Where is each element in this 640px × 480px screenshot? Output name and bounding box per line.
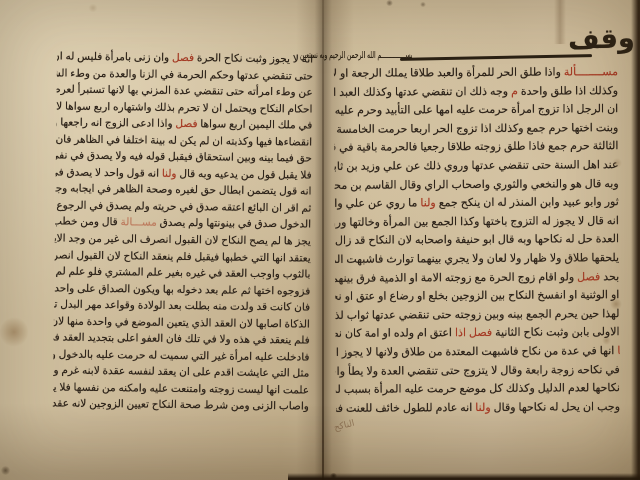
text-line: وجب ان يحل له نكاحها وقال ولنا انه عادم … [336, 398, 620, 418]
ink-text: وان زنى بامرأة فليس له ان يتزوج اختها حت… [57, 49, 172, 64]
text-line: الثالثة حرم جمع فاذا طلق زوجته طلاقا رجع… [334, 138, 618, 158]
ink-text: ما روي عن علي وابن عباس رضي الله عنهما ا… [335, 197, 421, 211]
rubric-word: مســـالة [120, 217, 156, 229]
text-line: ولنا انها في عدة من نكاح فاشبهت المعتدة … [336, 342, 620, 362]
ink-text: واذا ادعى الزوج انه راجعها وانقضت عدتها … [56, 115, 175, 130]
ink-text: مثل التي عايشت اقدم على ان يعقد لنفسه عق… [53, 363, 309, 380]
text-line: عند اهل السنة حتى تنقضي عدتها وروي ذلك ع… [334, 156, 618, 176]
text-line: مســــــــألة واذا طلق الحر للمرأة والعب… [334, 63, 618, 83]
text-line: يلحقها طلاق ولا ظهار ولا لعان ولا يجري ب… [335, 249, 619, 269]
ink-text: اعتق ام ولده او امة كان نصيبها فنكح له ا… [336, 326, 455, 341]
ink-text: بالثوب واوجب العقد في غيره بغير علم المش… [54, 264, 310, 281]
ink-text: فادخلت عليه امرأة غير التي سميت له حرمت … [53, 346, 309, 363]
ink-text: عن وطء امرأته حتى تنقضي عدة المزني بها ل… [57, 82, 313, 99]
rubric-word: فصل [172, 52, 194, 64]
ink-text: ثور وابو عبيد وابن المنذر له ان ينكح جمع [436, 195, 619, 209]
ink-text: العدة حل له نكاحها وبه قال ابو حنيفة واص… [335, 232, 619, 248]
rubric-word: مســــــــألة [564, 65, 618, 78]
text-line: في نكاحه زوجة رابعة وقال لا يتزوج حتى تن… [336, 361, 620, 381]
ink-text: فزوجوه اختها ثم علم بعد دخوله بها ويكون … [54, 280, 310, 297]
text-line: ان الرجل اذا تزوج امرأة حرمت عليه امها ع… [334, 100, 618, 120]
rubric-word: ولنا [420, 196, 435, 209]
ink-text: ولو اقام زوج الحرة مع زوجته الامة او الذ… [335, 270, 577, 285]
ink-text: يعتقد انها التي خطبها فيقبل فلم ينعقد ال… [55, 248, 311, 265]
ink-text: وبنت اختها حرم جمع وكذلك اذا تزوج الحر ا… [334, 121, 618, 137]
waqf-ownership-mark: وقف [567, 23, 635, 56]
ink-text: عند اهل السنة حتى تنقضي عدتها وروي ذلك ع… [334, 158, 618, 174]
ink-text: واصاب الزنى ومن شرط صحة النكاح تعيين الز… [53, 397, 309, 413]
ink-text: فلم ينعقد في هذه ولا في تلك فان العفو اع… [54, 330, 310, 347]
rubric-word: فصل [175, 118, 197, 130]
rubric-word: ولنا [475, 401, 490, 414]
stain [1, 466, 10, 475]
ink-text: انه عادم للطول خائف للعنت فحل له نكاح ال… [336, 401, 475, 416]
ink-text: يجز ها لم يصح النكاح لان القبول انصرف ال… [55, 232, 311, 248]
ink-speck [420, 2, 426, 7]
text-line: وبنت اختها حرم جمع وكذلك اذا تزوج الحر ا… [334, 119, 618, 139]
rubric-word: ولنا [614, 344, 619, 357]
page-crease [554, 0, 566, 44]
ink-text: انه قول واحد لا يصدق في بعضه ويكذب في بع… [56, 165, 162, 180]
ink-text: انه قول يتضمن ابطال حق لغيره وصحة الظاهر… [55, 181, 311, 198]
right-page-text-block: مســــــــألة واذا طلق الحر للمرأة والعب… [334, 63, 620, 418]
left-page-text-block: انه لا يجوز وثبت نكاح الحرة فصل وان زنى … [53, 48, 313, 415]
rubric-word: فصل [469, 326, 492, 339]
text-line: العدة حل له نكاحها وبه قال ابو حنيفة واص… [335, 230, 619, 250]
manuscript-photo: انه لا يجوز وثبت نكاح الحرة فصل وان زنى … [0, 0, 640, 480]
ink-text: حتى تنقضي عدتها وحكم الحرمة في الزنا وال… [57, 65, 313, 82]
ink-text: وجب ان يحل له نكاحها وقال [491, 400, 620, 414]
ink-text: يلحقها طلاق ولا ظهار ولا لعان ولا يجري ب… [335, 251, 619, 267]
ink-text: قال ومن خطب امرأة فزوج غيرها لم [55, 215, 121, 229]
ink-text: انقضاءها فيها وكذبته ان لم يكن له بينة ا… [56, 131, 312, 148]
ink-text: الاولى بابن وثبت نكاح الثانية [492, 325, 620, 339]
basmala-text: بســــــــــــــم الله الرحمن الرحيم وبه… [299, 50, 412, 61]
ink-text: الثالثة حرم جمع فاذا طلق زوجته طلاقا رجع… [334, 140, 618, 156]
ink-text: علمت انها ليست زوجته وامتنعت عليه وامكنه… [53, 379, 309, 396]
ink-speck [386, 0, 393, 6]
ink-text: ثم اقر ان البائع اعتقه صدق في حريته ولم … [55, 198, 311, 215]
ink-text: انه قال لا يجوز له التزوج باختها وكذا ال… [335, 214, 619, 230]
ink-text: او الوثنية او انفسخ النكاح بين الزوجين ب… [335, 288, 619, 304]
text-line: لهذا حين يحرم الجمع بينه وبين زوجته حتى … [335, 305, 619, 325]
ink-text: انها في عدة من نكاح فاشبهت المعتدة من طل… [336, 344, 615, 359]
ink-text: لهذا حين يحرم الجمع بينه وبين زوجته حتى … [335, 307, 619, 323]
ink-text: بحد [600, 270, 619, 283]
text-line: وبه قال هو والنخعي والثوري واصحاب الراي … [335, 175, 619, 195]
ink-text: حق فيما بينه وبين استحقاق فيقبل قوله فيه… [56, 148, 312, 165]
book-edge-right [631, 0, 640, 480]
rubric-word: اذا [455, 326, 466, 339]
rubric-word: فصل [577, 270, 600, 283]
text-line: او الوثنية او انفسخ النكاح بين الزوجين ب… [335, 286, 619, 306]
ink-text: وكذلك اذا طلق واحدة [518, 84, 618, 98]
ink-text: الدخول صدق في بينونتها ولم يصدق [157, 217, 311, 231]
basmala-elongated-stroke [400, 54, 592, 60]
ink-text: وجه ذلك ان تنقضي عدتها وكذلك العبد اذا ط… [334, 84, 511, 99]
text-line: ثور وابو عبيد وابن المنذر له ان ينكح جمع… [335, 193, 619, 213]
text-line: نكاحها لعدم الدليل وكذلك كل موضع حرمت عل… [336, 379, 620, 399]
text-line: وكذلك اذا طلق واحدة م وجه ذلك ان تنقضي ع… [334, 82, 618, 102]
book-edge-bottom [288, 473, 640, 480]
gutter-fold-line [322, 0, 324, 480]
ink-text: في نكاحه زوجة رابعة وقال لا يتزوج حتى تن… [336, 363, 620, 379]
ink-text: نكاحها لعدم الدليل وكذلك كل موضع حرمت عل… [336, 381, 620, 396]
stain [0, 316, 28, 348]
rubric-word: ولنا [162, 168, 177, 180]
ink-text: ان الرجل اذا تزوج امرأة حرمت عليه امها ع… [334, 102, 618, 118]
text-line: الاولى بابن وثبت نكاح الثانية فصل اذا اع… [336, 323, 620, 343]
text-line: واصاب الزنى ومن شرط صحة النكاح تعيين الز… [53, 396, 309, 416]
stain [88, 4, 98, 12]
text-line: بحد فصل ولو اقام زوج الحرة مع زوجته الام… [335, 268, 619, 288]
ink-text: وبه قال هو والنخعي والثوري واصحاب الراي … [335, 177, 619, 193]
ink-text: واذا طلق الحر للمرأة والعبد طلاقا يملك ا… [334, 65, 564, 80]
ink-text: انه لا يجوز وثبت نكاح الحرة [194, 52, 313, 65]
text-line: انه قال لا يجوز له التزوج باختها وكذا ال… [335, 212, 619, 232]
ink-text: احكام النكاح ويحتمل ان لا تحرم بذلك واشت… [56, 99, 312, 116]
ink-text: في ملك اليمين اربع سواها [197, 118, 312, 131]
ink-text: فلا يقبل قول من يدعيه وبه قال [176, 168, 311, 182]
ink-text: فان كانت قد ولدت منه بطلت بعد الولادة وق… [54, 297, 310, 314]
ink-text: الذكاة اصابها لان العقد الذي يتعين الموض… [54, 313, 310, 330]
